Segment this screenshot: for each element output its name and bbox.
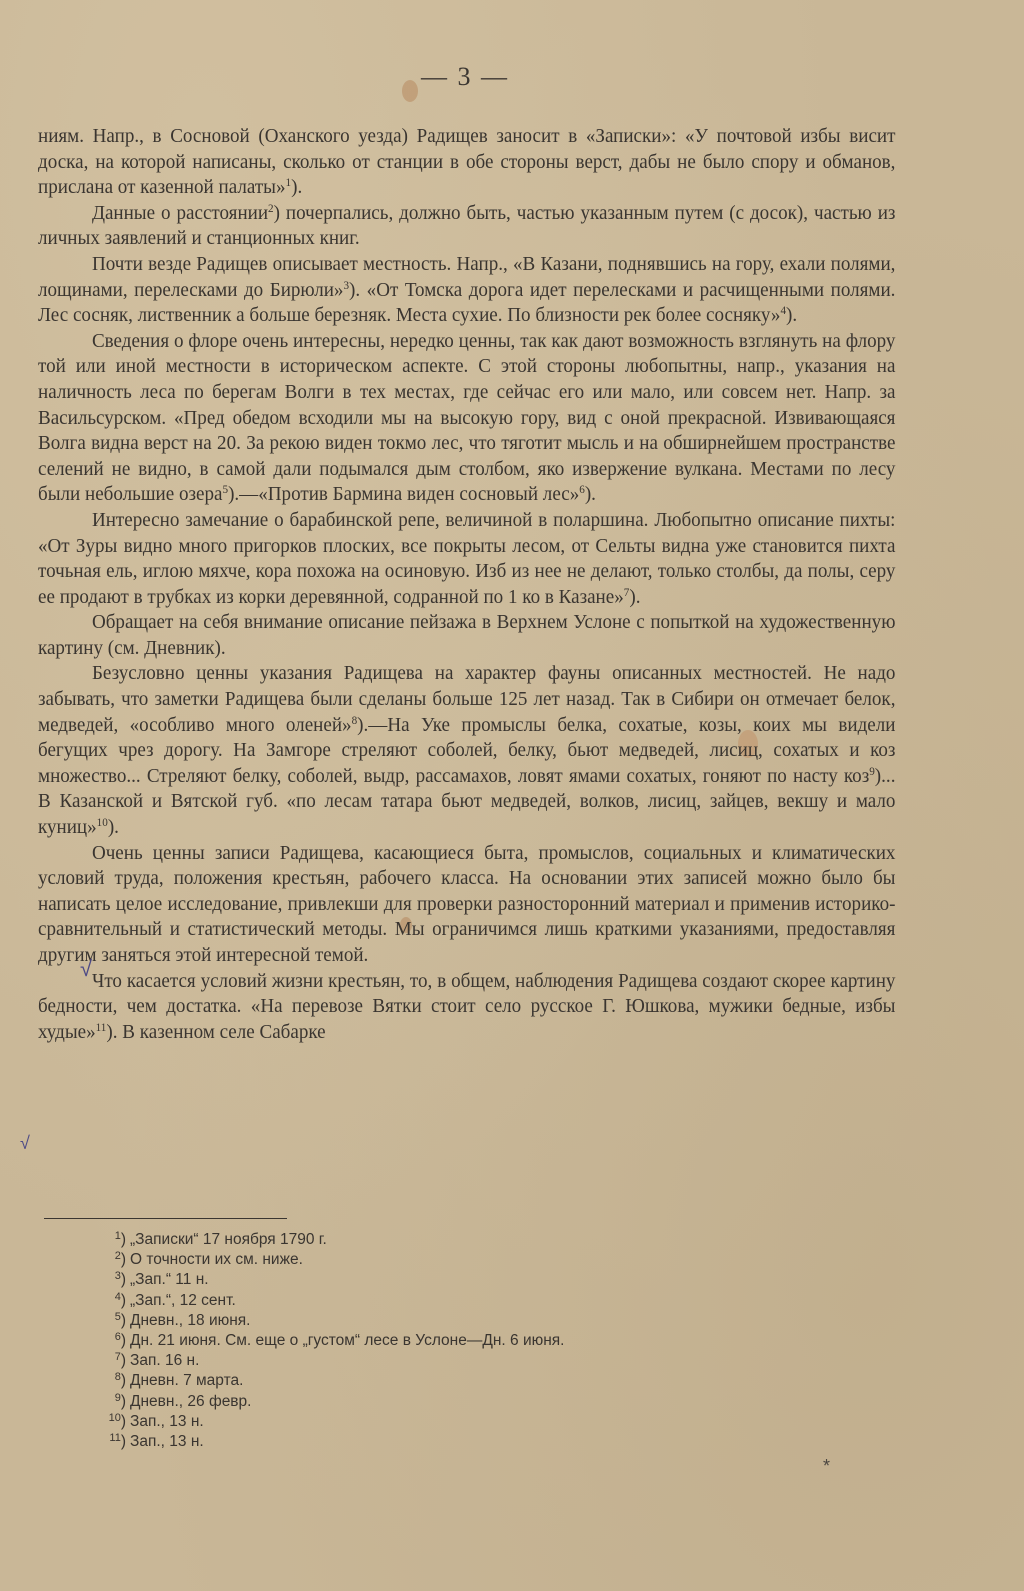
pencil-check-mark-icon: √ [20,1133,30,1154]
paragraph-9: Что касается условий жизни крестьян, то,… [38,969,895,1046]
footnote-item: 1)„Записки“ 17 ноября 1790 г. [98,1230,798,1250]
asterisk-mark: * [823,1456,830,1477]
footnote-item: 10)Зап., 13 н. [98,1412,798,1432]
paragraph-1: ниям. Напр., в Сосновой (Оханского уезда… [38,124,895,201]
footnote-ref[interactable]: 11 [96,1020,107,1034]
paragraph-4: Сведения о флоре очень интересны, нередк… [38,329,895,508]
footnote-item: 8)Дневн. 7 марта. [98,1371,798,1391]
footnote-item: 7)Зап. 16 н. [98,1351,798,1371]
paragraph-8: Очень ценны записи Радищева, касающиеся … [38,841,895,969]
footnote-item: 3)„Зап.“ 11 н. [98,1270,798,1290]
body-text: ниям. Напр., в Сосновой (Оханского уезда… [38,124,895,1045]
footnote-ref[interactable]: 10 [97,815,108,829]
footnote-item: 11)Зап., 13 н. [98,1432,798,1452]
footnote-item: 9)Дневн., 26 февр. [98,1392,798,1412]
footnote-item: 6)Дн. 21 июня. См. еще о „густом“ лесе в… [98,1331,798,1351]
paragraph-2: Данные о расстоянии2) почерпались, должн… [38,201,895,252]
footnotes-list: 1)„Записки“ 17 ноября 1790 г. 2)О точнос… [98,1230,798,1452]
footnote-item: 5)Дневн., 18 июня. [98,1311,798,1331]
page-number: — 3 — [0,62,930,92]
footnote-item: 2)О точности их см. ниже. [98,1250,798,1270]
footnote-item: 4)„Зап.“, 12 сент. [98,1291,798,1311]
pencil-check-mark-icon: √ [80,956,92,982]
footnote-divider [44,1218,287,1219]
paragraph-7: Безусловно ценны указания Радищева на ха… [38,661,895,840]
paragraph-5: Интересно замечание о барабинской репе, … [38,508,895,610]
paragraph-6: Обращает на себя внимание описание пейза… [38,610,895,661]
paragraph-3: Почти везде Радищев описывает местность.… [38,252,895,329]
scanned-page: — 3 — ниям. Напр., в Сосновой (Оханского… [0,0,1024,1591]
